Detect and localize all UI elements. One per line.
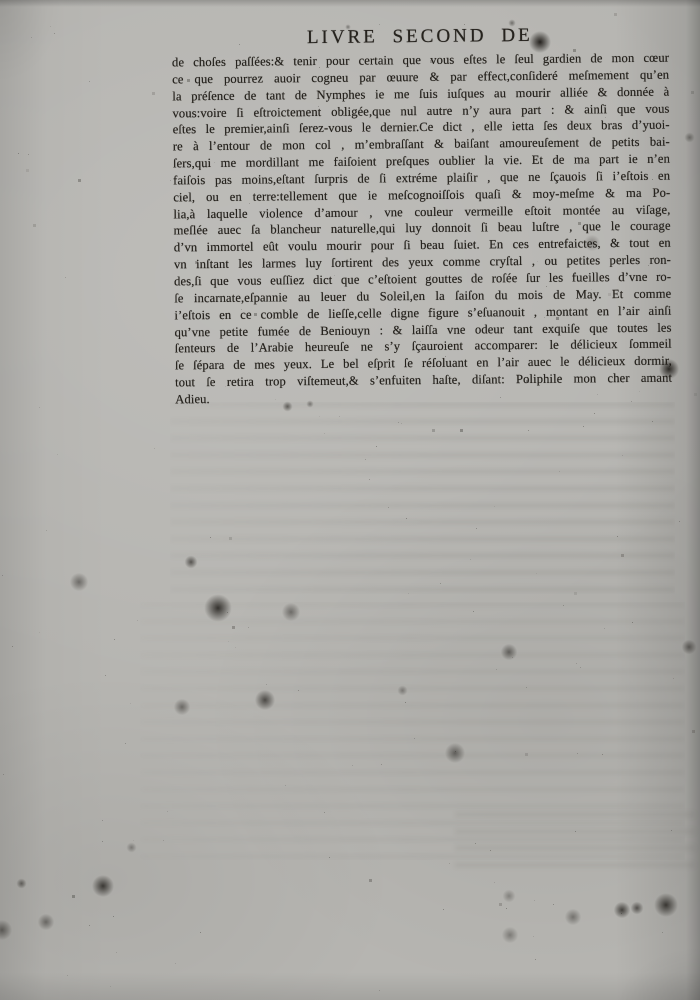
ink-stain — [0, 919, 13, 941]
ink-stain — [91, 874, 115, 898]
ink-stain — [653, 892, 679, 918]
text-block: de choſes paſſées:& tenir pour certain q… — [172, 50, 672, 408]
ink-stain — [16, 878, 27, 889]
show-through-text-band — [455, 812, 695, 872]
ink-stain — [37, 913, 55, 931]
ink-stain — [126, 842, 137, 853]
show-through-text-band — [170, 402, 675, 594]
printed-content: LIVRE SECOND DE de choſes paſſées:& teni… — [0, 0, 699, 4]
ink-stain — [613, 901, 631, 919]
running-header: LIVRE SECOND DE — [172, 24, 668, 51]
paper-speckles — [0, 0, 1, 1]
book-page-scan: LIVRE SECOND DE de choſes paſſées:& teni… — [0, 0, 700, 1000]
ink-stain — [564, 908, 582, 926]
ink-stain — [502, 889, 515, 902]
ink-stain — [69, 572, 89, 592]
ink-stain — [630, 901, 643, 914]
ink-stain — [501, 926, 519, 944]
ink-stain — [684, 132, 695, 143]
